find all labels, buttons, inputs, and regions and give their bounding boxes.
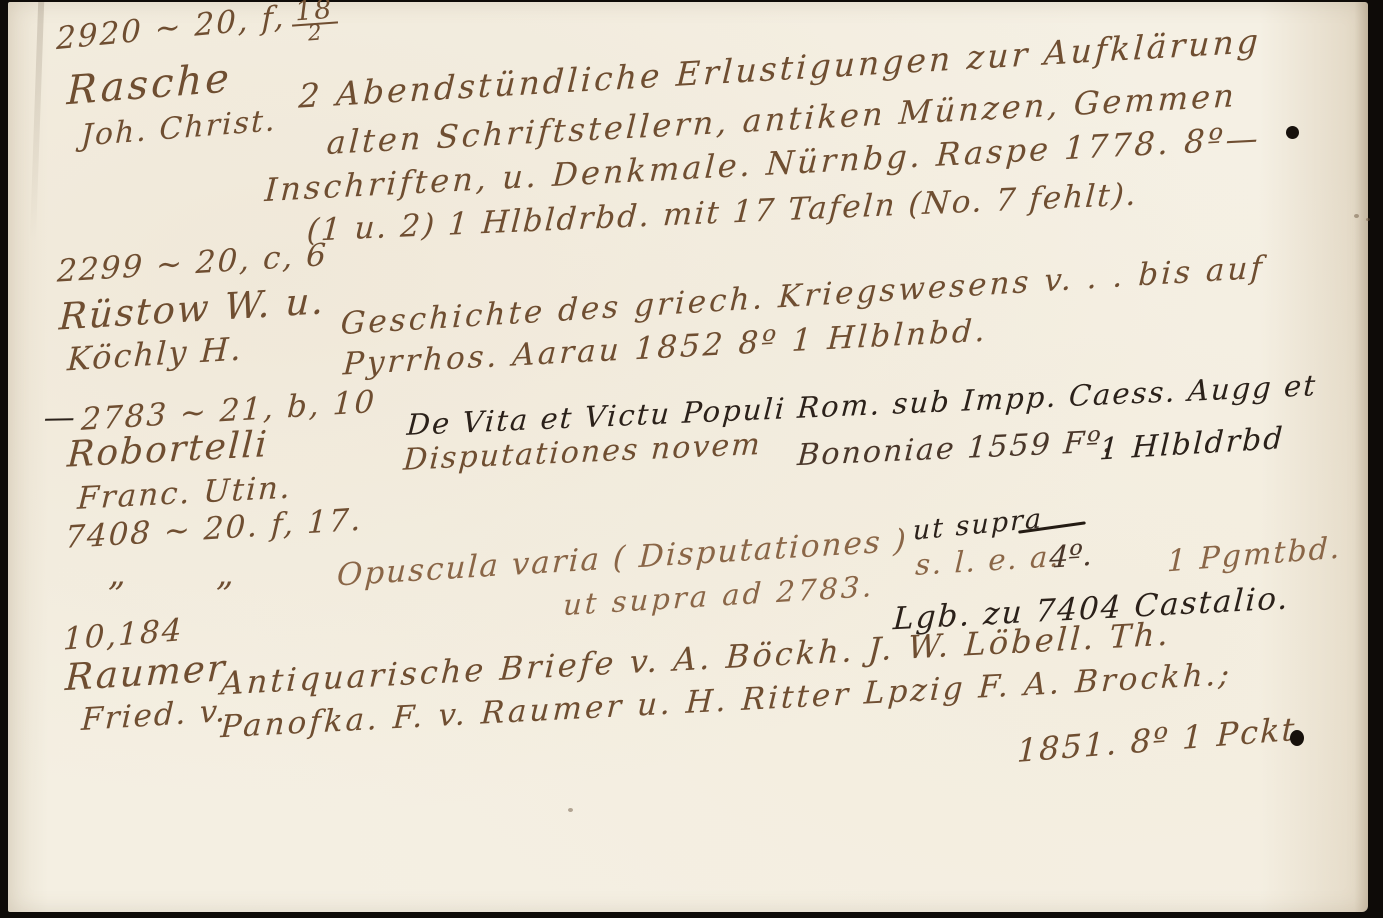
shelfmark-2299: 2299 ~ 20, c, 6 (57, 241, 329, 286)
title-ruestow-line1: Geschichte des griech. Kriegswesens v. .… (341, 262, 1265, 330)
annotation-struck-ut-supra-ad-2783: ut supra ad 2783. (563, 573, 875, 618)
cancel-dash: — (43, 399, 75, 436)
title-robortelli-binding: 1 Hlbldrbd (1099, 424, 1285, 465)
ditto-mark-2: „ (216, 554, 234, 594)
paper-card: 2920 ~ 20, f,182 Rasche Joh. Christ. 2 A… (8, 2, 1368, 912)
author-raumer-forenames: Fried. v. (81, 695, 228, 736)
title-robortelli-imprint: Bononiae 1559 Fº. (797, 428, 1114, 469)
scanned-catalog-card: 2920 ~ 20, f,182 Rasche Joh. Christ. 2 A… (0, 0, 1383, 918)
author-raumer: Raumer (64, 648, 227, 697)
ditto-mark-1: „ (108, 554, 126, 594)
shelfmark-2920: 2920 ~ 20, f,182 (55, 0, 340, 61)
author-robortelli: Robortelli (67, 427, 269, 473)
ink-blot-top (1286, 126, 1299, 139)
title-opuscula-format: 4º. (1049, 539, 1093, 575)
author-rasche-forenames: Joh. Christ. (80, 106, 277, 151)
title-robortelli-line2a: Disputationes novem (403, 432, 761, 473)
title-opuscula-sine-loco: s. l. e. a. (915, 541, 1061, 580)
binding-struck-pgmtbd: 1 Pgmtbd. (1166, 533, 1342, 577)
shelfmark-2920-main: 2920 ~ 20, f, (56, 0, 286, 57)
ink-speck-3 (568, 808, 573, 812)
ink-blot-bottom (1290, 730, 1304, 746)
author-koechly: Köchly H. (67, 332, 244, 376)
author-rasche: Rasche (66, 57, 233, 112)
shelfmark-2920-fraction: 182 (290, 0, 339, 45)
title-robortelli-line1: De Vita et Victu Populi Rom. sub Impp. C… (407, 380, 1316, 430)
title-raumer-line3: 1851. 8º 1 Pckt. (1016, 713, 1309, 766)
author-ruestow: Rüstow W. u. (58, 283, 325, 335)
paper-crease (30, 2, 44, 242)
ink-speck-2 (1366, 218, 1370, 221)
ink-speck-1 (1354, 214, 1359, 218)
annotation-ut-supra: ut supra (912, 505, 1044, 545)
